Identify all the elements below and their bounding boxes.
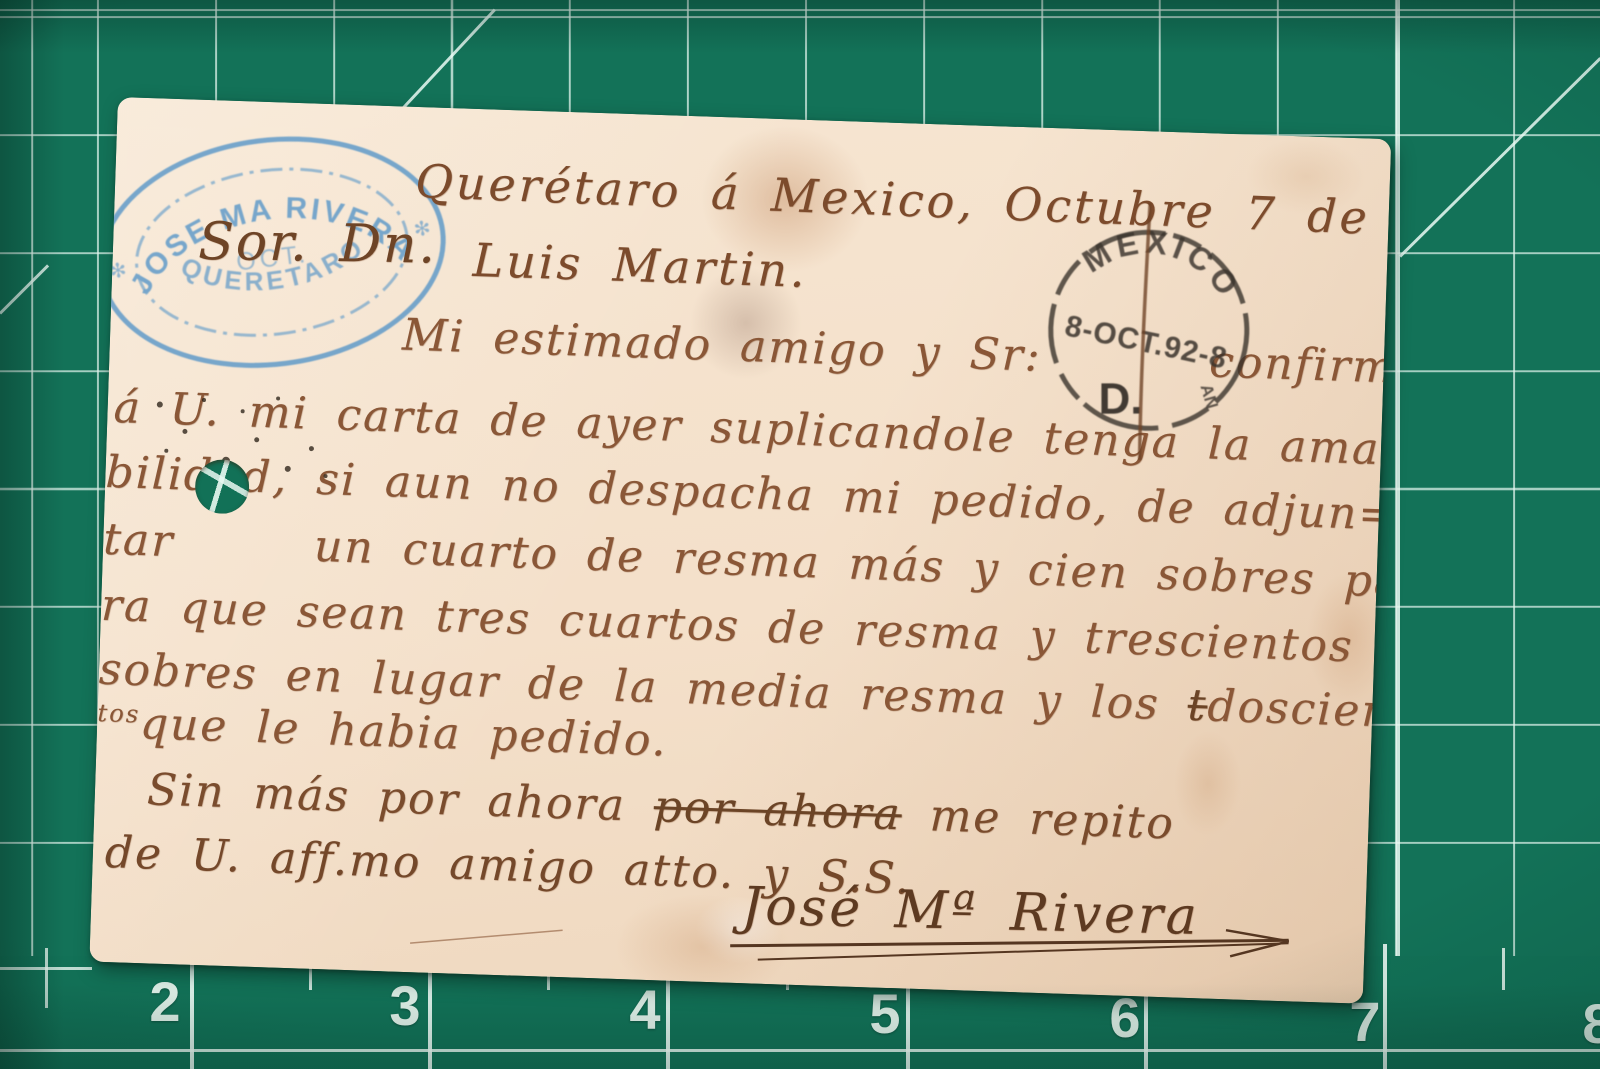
line-8-strikethrough: t [1187,680,1208,732]
ruler-number-4: 4 [629,982,660,1038]
stray-pen-line [410,925,563,948]
punch-hole [194,459,250,515]
ruler-number-8: 8 [1582,996,1600,1052]
letter-salutation-name: Luis Martin. [472,235,809,297]
svg-text:MEXICO: MEXICO [1071,208,1257,311]
postmark-time-text: AN [1197,382,1222,411]
ruler-number-2: 2 [149,974,180,1030]
line-10-text: Sin más por ahora [146,764,654,832]
letter-salutation-prefix: Sor. Dn. [198,214,438,275]
ruler-number-6: 6 [1109,990,1140,1046]
line-8-text-end: doscien [1207,680,1392,737]
ruler-number-5: 5 [869,986,900,1042]
ruler-number-3: 3 [389,978,420,1034]
postcard: JOSE MA RIVERA QUERETARO OCT. ✻ ✻ Querét… [89,97,1391,1004]
ruler-half-tick [1502,948,1505,990]
photo-postcard-on-cutting-mat: 2 3 4 5 6 7 8 JOSE MA RIVERA QUERETARO O… [0,0,1600,1069]
mexico-postmark: MEXICO 8-OCT.92-8 AN D. [1015,196,1283,464]
postmark-date-text: 8-OCT.92-8 [1062,309,1230,375]
postmark-bottom-letter: D. [1098,375,1142,424]
letter-signature: José Mª Rivera [741,879,1201,947]
mat-corner-mark-v [45,948,48,1008]
grid-major-vertical-line [1396,0,1400,956]
line-10-text-end: me repito [901,789,1176,849]
line-9-superscript: tos [97,699,141,728]
postmark-top-text: MEXICO [1071,208,1257,311]
line-10-strikethrough: por ahora [653,781,903,840]
